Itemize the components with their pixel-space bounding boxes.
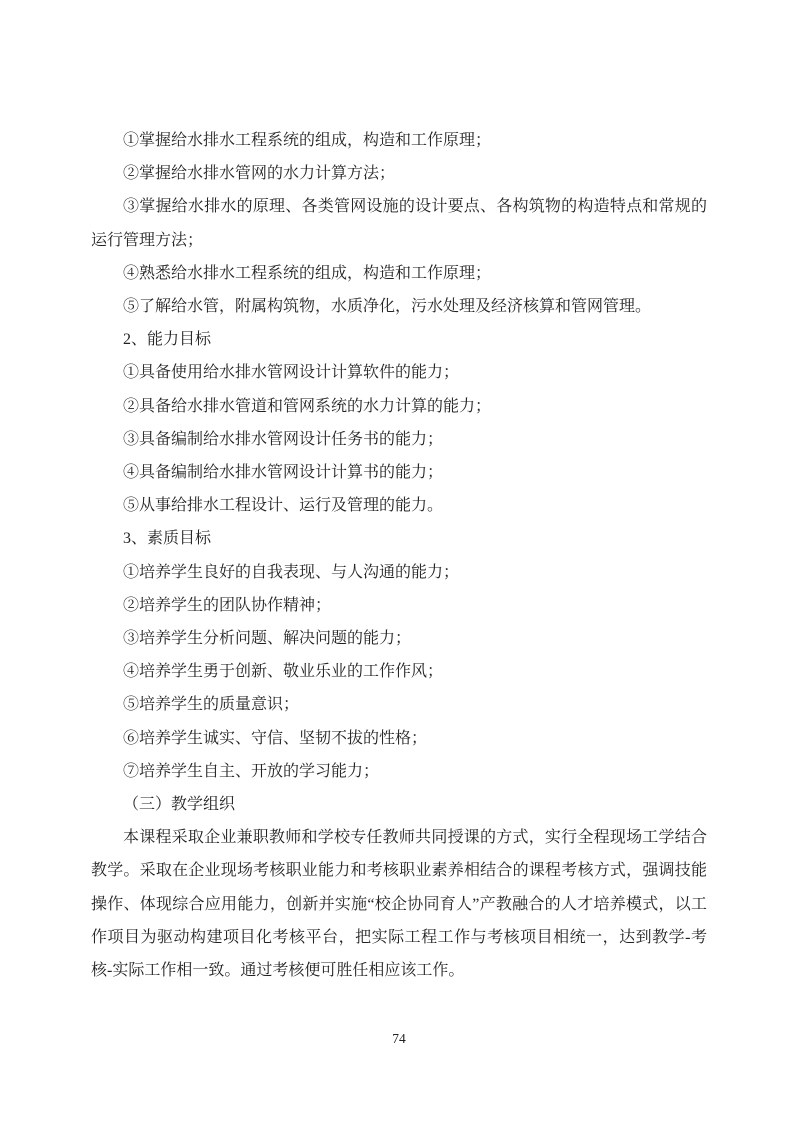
knowledge-item: ④熟悉给水排水工程系统的组成，构造和工作原理； — [91, 257, 707, 290]
ability-item: ③具备编制给水排水管网设计任务书的能力； — [91, 423, 707, 456]
quality-item: ②培养学生的团队协作精神； — [91, 589, 707, 622]
knowledge-item: ③掌握给水排水的原理、各类管网设施的设计要点、各构筑物的构造特点和常规的运行管理… — [91, 190, 707, 256]
teaching-organization-paragraph: 本课程采取企业兼职教师和学校专任教师共同授课的方式，实行全程现场工学结合教学。采… — [91, 821, 707, 987]
quality-item: ⑤培养学生的质量意识； — [91, 688, 707, 721]
quality-item: ⑥培养学生诚实、守信、坚韧不拔的性格； — [91, 722, 707, 755]
quality-item: ④培养学生勇于创新、敬业乐业的工作作风； — [91, 655, 707, 688]
quality-item: ③培养学生分析问题、解决问题的能力； — [91, 622, 707, 655]
knowledge-item: ①掌握给水排水工程系统的组成，构造和工作原理； — [91, 124, 707, 157]
page-body: ①掌握给水排水工程系统的组成，构造和工作原理； ②掌握给水排水管网的水力计算方法… — [91, 124, 707, 987]
ability-item: ①具备使用给水排水管网设计计算软件的能力； — [91, 356, 707, 389]
ability-item: ⑤从事给排水工程设计、运行及管理的能力。 — [91, 489, 707, 522]
ability-item: ④具备编制给水排水管网设计计算书的能力； — [91, 456, 707, 489]
quality-heading: 3、素质目标 — [91, 522, 707, 555]
quality-item: ①培养学生良好的自我表现、与人沟通的能力； — [91, 556, 707, 589]
teaching-organization-heading: （三）教学组织 — [91, 788, 707, 821]
knowledge-item: ⑤了解给水管，附属构筑物，水质净化，污水处理及经济核算和管网管理。 — [91, 290, 707, 323]
ability-item: ②具备给水排水管道和管网系统的水力计算的能力； — [91, 390, 707, 423]
page-number: 74 — [392, 1031, 406, 1046]
ability-heading: 2、能力目标 — [91, 323, 707, 356]
document-page: ①掌握给水排水工程系统的组成，构造和工作原理； ②掌握给水排水管网的水力计算方法… — [0, 0, 792, 1122]
page-footer: 74 — [91, 1031, 707, 1047]
quality-item: ⑦培养学生自主、开放的学习能力； — [91, 755, 707, 788]
knowledge-item: ②掌握给水排水管网的水力计算方法； — [91, 157, 707, 190]
